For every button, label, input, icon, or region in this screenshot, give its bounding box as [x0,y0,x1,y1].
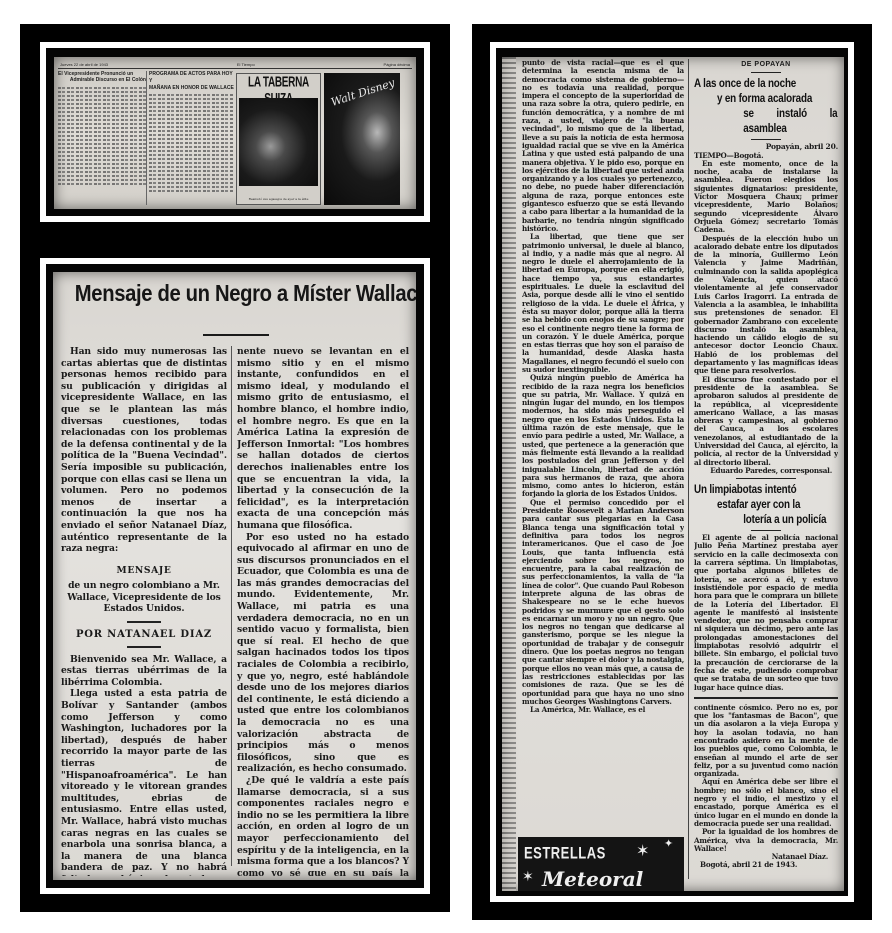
column-divider [231,346,232,866]
intro-paragraph: Han sido muy numerosas las cartas abiert… [61,346,227,555]
photo-frame-bottom-left: Mensaje de un Negro a Míster Wallace Han… [20,240,450,912]
headline-divider [751,139,781,140]
illustrated-advertisement: Walt Disney [324,73,400,205]
article-program-of-events: PROGRAMA DE ACTOS PARA HOY Y MAÑANA EN H… [146,71,234,205]
masthead-paper: El Tiempo [237,62,255,67]
newspaper-page-clipping: Jueves 22 de abril de 1943 El Tiempo Pág… [54,57,416,209]
body-paragraph: Quizá ningún pueblo de América ha recibi… [522,374,684,498]
body-paragraph: Aquí en América debe ser libre el hombre… [694,778,838,828]
headline-line: Un limpiabotas intentó [694,482,838,497]
body-paragraph: El discurso fue contestado por el presid… [694,376,838,467]
photo-frame-top-left: Jueves 22 de abril de 1943 El Tiempo Pág… [20,24,450,240]
body-paragraph: Bienvenido sea Mr. Wallace, a estas tier… [61,654,227,689]
article-divider [736,478,796,479]
headline-line: A las once de la noche [694,76,838,91]
subhead-text: de un negro colombiano a Mr. Wallace, Vi… [61,580,227,615]
body-paragraph: Después de la elección hubo un acalorado… [694,235,838,376]
body-paragraph: La América, Mr. Wallace, es el [522,706,684,714]
correspondent-signature: Eduardo Paredes, corresponsal. [694,467,838,475]
taberna-photo [239,98,318,186]
star-icon: ✶ [636,841,649,860]
message-continuation-column: punto de vista racial—que es el que dete… [522,59,684,714]
headline-line: se instaló la asamblea [694,106,838,136]
newspaper-article-clipping: Mensaje de un Negro a Míster Wallace Han… [53,272,416,880]
masthead-date: Jueves 22 de abril de 1943 [60,62,108,67]
body-paragraph: Por la igualdad de los hombres de Améric… [694,828,838,853]
body-paragraph: En este momento, once de la noche, acaba… [694,160,838,235]
body-paragraph: La libertad, que tiene que ser patrimoni… [522,233,684,374]
body-paragraph: continente cósmico. Pero no es, por que … [694,704,838,779]
newspaper-continuation-clipping: punto de vista racial—que es el que dete… [502,57,844,891]
estrellas-advertisement: ESTRELLAS Meteoral ✶ ✦ ✶ [518,837,684,891]
article-vicepresident-speech: El Vicepresidente Pronunció un Admirable… [58,71,146,205]
subhead: MENSAJE [61,565,227,577]
photo-frame-right: punto de vista racial—que es el que dete… [472,24,872,920]
body-paragraph: Por eso usted no ha estado equivocado al… [237,532,409,775]
headline-line: estafar ayer con la [694,497,838,512]
headline-line: Admirable Discurso en El Colón [58,77,146,83]
adjacent-column-edge [502,57,516,891]
byline-divider [127,646,161,648]
taberna-suiza-photo-box: LA TABERNA SUIZA Reanudó sus agasajos de… [236,73,321,205]
ad-line-2: Meteoral [542,867,643,891]
star-icon: ✶ [522,869,534,885]
body-paragraph: Que el permiso concedido por el Presiden… [522,499,684,706]
section-divider [694,697,838,699]
article-column-1: Han sido muy numerosas las cartas abiert… [61,346,227,876]
article-column-2: nente nuevo se levantan en el mismo siti… [237,346,409,876]
title-divider [203,334,269,336]
body-paragraph: Llega usted a esta patria de Bolívar y S… [61,688,227,876]
body-paragraph: punto de vista racial—que es el que dete… [522,59,684,233]
star-icon: ✦ [664,837,673,850]
popayan-headline: A las once de la noche y en forma acalor… [694,76,838,136]
headline-divider [751,530,781,531]
headline-line: PROGRAMA DE ACTOS PARA HOY Y [149,71,234,85]
ad-line-1: ESTRELLAS [524,843,606,863]
article-title: Mensaje de un Negro a Míster Wallace [75,280,394,307]
closing-dateline: Bogotá, abril 21 de 1943. [694,861,838,869]
masthead-bar: Jueves 22 de abril de 1943 El Tiempo Pág… [58,60,412,69]
ad-signature: Walt Disney [330,77,397,109]
headline-line: lotería a un policía [694,512,838,527]
byline-divider [127,621,161,623]
body-paragraph: El agente de al policía nacional Julio P… [694,534,838,692]
popayan-and-lottery-column: DE POPAYAN A las once de la noche y en f… [694,61,838,870]
body-paragraph: ¿De qué le valdría a este país llamarse … [237,775,409,876]
body-paragraph: nente nuevo se levantan en el mismo siti… [237,346,409,532]
headline-line: y en forma acalorada [694,91,838,106]
masthead-page: Página décima [384,62,410,67]
article-kicker: DE POPAYAN [694,61,838,69]
lottery-headline: Un limpiabotas intentó estafar ayer con … [694,482,838,527]
headline-line: MAÑANA EN HONOR DE WALLACE [149,85,234,92]
byline: POR NATANAEL DIAZ [61,629,227,641]
kicker-divider [751,72,781,73]
taberna-caption: Reanudó sus agasajos de ayer a la élite [239,197,318,201]
column-divider [688,59,689,879]
